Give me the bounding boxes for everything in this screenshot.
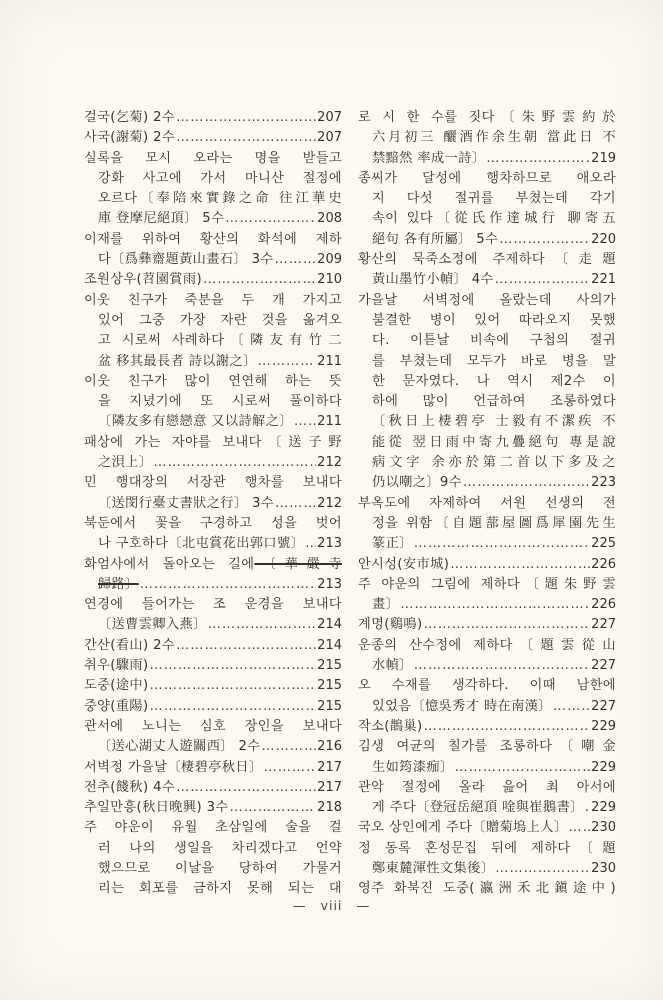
toc-entry: 이웃 친구가 죽분을 두 개 가지고있어 그중 가장 자란 것을 옮겨오고 시로…	[84, 291, 342, 372]
toc-line: 종씨가 달성에 행차하므로 애오라	[358, 169, 616, 189]
page-ref: 223	[591, 473, 616, 493]
toc-line-text: 취우(驟雨)	[84, 656, 149, 676]
toc-entry: 서벽정 가을날〔棲碧亭秋日〕………………………………………………………………………	[84, 758, 342, 778]
toc-line: 〔送曹雲卿入燕〕………………………………………………………………………………………	[84, 615, 342, 635]
toc-line: 篆正〕……………………………………………………………………………………………………	[358, 534, 616, 554]
toc-line-text: 걸국(乞菊) 2수	[84, 108, 175, 128]
toc-line-text: 歸路〕	[98, 575, 139, 595]
dot-leader: ……………………………………………………………………………………………………………	[150, 676, 317, 696]
dot-leader: ……………………………………………………………………………………………………………	[153, 453, 316, 473]
page-ref: 208	[317, 209, 342, 229]
toc-line-text: 속이 있다〔從氏作達城行 聊寄五	[372, 211, 616, 226]
toc-entry: 이재를 위하여 황산의 화석에 제하다〔爲彝齋題黃山畫石〕 3수………………………	[84, 230, 342, 271]
dot-leader: ……………………………………………………………………………………………………………	[486, 149, 590, 169]
toc-line-text: 를 부쳤는데 모두가 바로 병을 말	[372, 354, 616, 369]
toc-line: 했으므로 이날을 당하여 가물거	[84, 859, 342, 879]
toc-line: 나 구호하다〔北屯賞花出郭口號〕…………………………………………………………………	[84, 534, 342, 554]
toc-entry: 중양(重陽)……………………………………………………………………………………………	[84, 697, 342, 717]
dot-leader: ……………………………………………………………………………………………………………	[208, 615, 316, 635]
toc-line-text: 황산의 묵죽소정에 주제하다〔走題	[358, 252, 616, 267]
toc-entry: 종씨가 달성에 행차하므로 애오라지 다섯 절귀를 부쳤는데 각기속이 있다〔從…	[358, 169, 616, 250]
toc-line-text: 篆正〕	[372, 534, 413, 554]
toc-line: 絕句 各有所屬〕 5수………………………………………………………………………………	[358, 230, 616, 250]
toc-entry: 영주 화북진 도중(瀛洲禾北鎭途中)	[358, 879, 616, 899]
toc-line: 仍以嘲之〕9수…………………………………………………………………………………………	[358, 473, 616, 493]
toc-line: 〔送閔行臺丈書狀之行〕 3수………………………………………………………………………	[84, 494, 342, 514]
toc-line-text: 鄭東麓渾性文集後〕	[372, 859, 494, 879]
page-ref: 229	[591, 717, 616, 737]
toc-line-text: 정 동록 혼성문집 뒤에 제하다〔題	[358, 841, 616, 856]
toc-line: 오르다〔奉陪來實錄之命 往江華史	[84, 189, 342, 209]
page-ref: 213	[317, 575, 342, 595]
toc-line-text: 했으므로 이날을 당하여 가물거	[98, 861, 342, 876]
page-ref: 211	[317, 352, 342, 372]
toc-entry: 연경에 들어가는 조 운경을 보내다〔送曹雲卿入燕〕………………………………………	[84, 595, 342, 636]
toc-text-segment: 화엄사에서 돌아오는 길에	[84, 557, 254, 572]
dot-leader: ……………………………………………………………………………………………………………	[568, 818, 590, 838]
toc-line: 고 시로써 사례하다〔隣友有竹二	[84, 331, 342, 351]
page-ref: 213	[317, 534, 342, 554]
toc-line: 鄭東麓渾性文集後〕……………………………………………………………………………………	[358, 859, 616, 879]
toc-line-text: 〔送曹雲卿入燕〕	[98, 615, 207, 635]
dot-leader: ……………………………………………………………………………………………………………	[495, 859, 590, 879]
toc-line: 운종의 산수정에 제하다〔題雲從山	[358, 636, 616, 656]
toc-line: 있었음〔憶吳秀才 時在南漢〕………………………………………………………………………	[358, 697, 616, 717]
toc-line: 을 지녔기에 또 시로써 풀이하다	[84, 392, 342, 412]
toc-entry: 실록을 모시 오라는 명을 받들고강화 사고에 가서 마니산 절정에오르다〔奉陪…	[84, 149, 342, 230]
toc-line: 다. 이튿날 비속에 구첩의 절귀	[358, 331, 616, 351]
page-ref: 209	[317, 250, 342, 270]
toc-line-text: 오 수재를 생각하다. 이때 남한에	[358, 678, 616, 693]
toc-entry: 간산(看山) 2수……………………………………………………………………………………	[84, 636, 342, 656]
toc-line-text: 북둔에서 꽃을 구경하고 성을 벗어	[84, 516, 342, 531]
page-ref: 210	[317, 270, 342, 290]
dot-leader: ……………………………………………………………………………………………………………	[150, 697, 317, 717]
toc-line: 속이 있다〔從氏作達城行 聊寄五	[358, 209, 616, 229]
toc-line: 도중(途中)……………………………………………………………………………………………	[84, 676, 342, 696]
dot-leader: ……………………………………………………………………………………………………………	[203, 270, 316, 290]
toc-line: 실록을 모시 오라는 명을 받들고	[84, 149, 342, 169]
toc-line-text: 나 구호하다〔北屯賞花出郭口號〕	[98, 534, 304, 554]
toc-line-text: 絕句 各有所屬〕 5수	[372, 230, 498, 250]
page-ref: 227	[591, 615, 616, 635]
toc-entry: 계명(鷄鳴)……………………………………………………………………………………………	[358, 615, 616, 635]
toc-entry: 사국(謝菊) 2수……………………………………………………………………………………	[84, 128, 342, 148]
toc-line-text: 病文字 余亦於第二首以下多及之	[372, 455, 616, 470]
page-ref: 207	[317, 108, 342, 128]
toc-line: 六月初三 釃酒作余生朝 當此日 不	[358, 128, 616, 148]
toc-line: 국오 상인에게 주다〔贈菊塢上人〕………………………………………………………………	[358, 818, 616, 838]
toc-line: 정을 위함〔自題蔀屋圖爲犀園先生	[358, 514, 616, 534]
toc-line-text: 조원상우(苕園賞雨)	[84, 270, 202, 290]
page-ref: 230	[591, 859, 616, 879]
toc-line: 있어 그중 가장 자란 것을 옮겨오	[84, 311, 342, 331]
toc-line: 주 야운이 유월 초삼일에 술을 걸	[84, 818, 342, 838]
toc-line-text: 가을날 서벽정에 올랐는데 사의가	[358, 293, 616, 308]
toc-line-text: 리는 회포를 금하지 못해 되는 대	[98, 881, 342, 896]
toc-line-text: 을 지녔기에 또 시로써 풀이하다	[98, 394, 342, 409]
dot-leader: ……………………………………………………………………………………………………………	[275, 494, 316, 514]
toc-line: 서벽정 가을날〔棲碧亭秋日〕………………………………………………………………………	[84, 758, 342, 778]
footer-dash-left: —	[293, 899, 307, 914]
toc-line: 영주 화북진 도중(瀛洲禾北鎭途中)	[358, 879, 616, 899]
toc-line: 안시성(安市城)………………………………………………………………………………………	[358, 555, 616, 575]
dot-leader: ……………………………………………………………………………………………………………	[225, 209, 316, 229]
toc-line: 패상에 가는 자야를 보내다〔送子野	[84, 433, 342, 453]
toc-line: 다〔爲彝齋題黃山畫石〕 3수………………………………………………………………………	[84, 250, 342, 270]
toc-line: 김생 여균의 칠가를 조롱하다〔嘲金	[358, 737, 616, 757]
toc-column-left: 걸국(乞菊) 2수……………………………………………………………………………………	[84, 108, 342, 900]
page-ref: 211	[317, 412, 342, 432]
dot-leader: ……………………………………………………………………………………………………………	[176, 636, 316, 656]
dot-leader: ……………………………………………………………………………………………………………	[275, 250, 317, 270]
page-ref: 215	[317, 676, 342, 696]
dot-leader: ……………………………………………………………………………………………………………	[264, 758, 317, 778]
toc-line: 걸국(乞菊) 2수……………………………………………………………………………………	[84, 108, 342, 128]
toc-line: 전추(餞秋) 4수……………………………………………………………………………………	[84, 778, 342, 798]
toc-line: 관악 절정에 올라 읊어 최 아서에	[358, 778, 616, 798]
toc-line: 지 다섯 절귀를 부쳤는데 각기	[358, 189, 616, 209]
toc-line-text: 六月初三 釃酒作余生朝 當此日 不	[372, 130, 616, 145]
dot-leader: ……………………………………………………………………………………………………………	[585, 798, 591, 818]
toc-line-text: 오르다〔奉陪來實錄之命 往江華史	[98, 191, 342, 206]
toc-line-text: 로 시 한 수를 짓다〔朱野雲約於	[358, 110, 616, 125]
toc-line: 이재를 위하여 황산의 화석에 제하	[84, 230, 342, 250]
toc-line-text: 고 시로써 사례하다〔隣友有竹二	[98, 333, 342, 348]
toc-line: 盆 移其最長者 詩以謝之〕…………………………………………………………………………	[84, 352, 342, 372]
toc-entry: 오 수재를 생각하다. 이때 남한에있었음〔憶吳秀才 時在南漢〕………………………	[358, 676, 616, 717]
toc-entry: 로 시 한 수를 짓다〔朱野雲約於六月初三 釃酒作余生朝 當此日 不禁黯然 率成…	[358, 108, 616, 169]
toc-line-text: 이웃 친구가 많이 연연해 하는 뜻	[84, 374, 342, 389]
dot-leader: ……………………………………………………………………………………………………………	[261, 737, 316, 757]
toc-line: 리는 회포를 금하지 못해 되는 대	[84, 879, 342, 899]
toc-line-text: 국오 상인에게 주다〔贈菊塢上人〕	[358, 818, 567, 838]
page-ref: 226	[591, 595, 616, 615]
toc-entry: 이웃 친구가 많이 연연해 하는 뜻을 지녔기에 또 시로써 풀이하다〔隣友多有…	[84, 372, 342, 433]
toc-entry: 부옥도에 자제하여 서원 선생의 전정을 위함〔自題蔀屋圖爲犀園先生篆正〕…………	[358, 494, 616, 555]
toc-line: 를 부쳤는데 모두가 바로 병을 말	[358, 352, 616, 372]
toc-line-text: 불결한 병이 있어 따라오지 못했	[372, 313, 616, 328]
toc-line-text: 〔送閔行臺丈書狀之行〕 3수	[98, 494, 274, 514]
toc-line-text: 다〔爲彝齋題黃山畫石〕 3수	[98, 250, 274, 270]
page-ref: 216	[317, 737, 342, 757]
toc-line-text: 다. 이튿날 비속에 구첩의 절귀	[372, 333, 616, 348]
toc-entry: 주 야운의 그림에 제하다〔題朱野雲畫〕………………………………………………………	[358, 575, 616, 616]
toc-line: 추일만흥(秋日晚興) 3수…………………………………………………………………………	[84, 798, 342, 818]
toc-line-text: 간산(看山) 2수	[84, 636, 175, 656]
page-ref: 221	[591, 270, 616, 290]
page-ref: 207	[317, 128, 342, 148]
toc-entry: 정 동록 혼성문집 뒤에 제하다〔題鄭東麓渾性文集後〕……………………………………	[358, 839, 616, 880]
toc-line-text: 전추(餞秋) 4수	[84, 778, 175, 798]
toc-line: 불결한 병이 있어 따라오지 못했	[358, 311, 616, 331]
toc-entry: 도중(途中)……………………………………………………………………………………………	[84, 676, 342, 696]
toc-line-text: 庫 登摩尼絕頂〕 5수	[98, 209, 224, 229]
dot-leader: ……………………………………………………………………………………………………………	[463, 473, 590, 493]
toc-entry: 전추(餞秋) 4수……………………………………………………………………………………	[84, 778, 342, 798]
dot-leader: ……………………………………………………………………………………………………………	[424, 615, 591, 635]
toc-line: 이웃 친구가 많이 연연해 하는 뜻	[84, 372, 342, 392]
dot-leader: ……………………………………………………………………………………………………………	[294, 412, 316, 432]
struck-text: 〔華嚴寺	[254, 557, 342, 572]
toc-line-text: 하에 많이 언급하여 조롱하였다	[372, 394, 616, 409]
toc-line: 之浿上〕…………………………………………………………………………………………………	[84, 453, 342, 473]
toc-column-right: 로 시 한 수를 짓다〔朱野雲約於六月初三 釃酒作余生朝 當此日 不禁黯然 率成…	[358, 108, 616, 900]
page-ref: 217	[317, 778, 342, 798]
toc-line-text: 영주 화북진 도중(瀛洲禾北鎭途中)	[358, 881, 616, 896]
folio-number: viii	[321, 898, 343, 913]
toc-line: 관서에 노니는 심호 장인을 보내다	[84, 717, 342, 737]
toc-line-text: 之浿上〕	[98, 453, 152, 473]
toc-line: 중양(重陽)……………………………………………………………………………………………	[84, 697, 342, 717]
toc-line-text: 지 다섯 절귀를 부쳤는데 각기	[372, 191, 616, 206]
dot-leader: ……………………………………………………………………………………………………………	[140, 575, 316, 595]
dot-leader: ……………………………………………………………………………………………………………	[450, 555, 590, 575]
toc-entry: 작소(鵲巢)……………………………………………………………………………………………	[358, 717, 616, 737]
dot-leader: ……………………………………………………………………………………………………………	[176, 778, 316, 798]
toc-line: 하에 많이 언급하여 조롱하였다	[358, 392, 616, 412]
page-ref: 214	[317, 636, 342, 656]
toc-line: 黃山墨竹小幀〕 4수…………………………………………………………………………………	[358, 270, 616, 290]
toc-entry: 국오 상인에게 주다〔贈菊塢上人〕………………………………………………………………	[358, 818, 616, 838]
toc-line-text: 계명(鷄鳴)	[358, 615, 423, 635]
toc-line-text: 추일만흥(秋日晚興) 3수	[84, 798, 229, 818]
toc-entry: 민 행대장의 서장관 행차를 보내다〔送閔行臺丈書狀之行〕 3수………………………	[84, 473, 342, 514]
page-ref: 215	[317, 697, 342, 717]
toc-line: 畫〕………………………………………………………………………………………………………	[358, 595, 616, 615]
toc-line: 病文字 余亦於第二首以下多及之	[358, 453, 616, 473]
toc-entry: 안시성(安市城)………………………………………………………………………………………	[358, 555, 616, 575]
page-ref: 230	[591, 818, 616, 838]
struck-text: 歸路〕	[98, 577, 139, 592]
toc-line-text: 게 주다〔登冠岳絕頂 唫與崔鵝書〕	[372, 798, 584, 818]
toc-line-text: 러 나의 생일을 차리겠다고 언약	[98, 841, 342, 856]
toc-line: 취우(驟雨)……………………………………………………………………………………………	[84, 656, 342, 676]
toc-line-text: 이웃 친구가 죽분을 두 개 가지고	[84, 293, 342, 308]
toc-line: 오 수재를 생각하다. 이때 남한에	[358, 676, 616, 696]
toc-line-text: 정을 위함〔自題蔀屋圖爲犀園先生	[372, 516, 616, 531]
page-ref: 218	[317, 798, 342, 818]
dot-leader: ……………………………………………………………………………………………………………	[305, 534, 316, 554]
page-ref: 214	[317, 615, 342, 635]
toc-line: 로 시 한 수를 짓다〔朱野雲約於	[358, 108, 616, 128]
toc-line-text: 연경에 들어가는 조 운경을 보내다	[84, 597, 342, 612]
toc-entry: 조원상우(苕園賞雨)…………………………………………………………………………………	[84, 270, 342, 290]
toc-line: 能從 翌日雨中寄九疊絕句 專是說	[358, 433, 616, 453]
toc-line: 이웃 친구가 죽분을 두 개 가지고	[84, 291, 342, 311]
toc-line: 〔隣友多有戀戀意 又以詩解之〕……………………………………………………………………	[84, 412, 342, 432]
page-ref: 226	[591, 555, 616, 575]
dot-leader: ……………………………………………………………………………………………………………	[414, 656, 590, 676]
toc-line-text: 禁黯然 率成一詩〕	[372, 149, 485, 169]
dot-leader: ……………………………………………………………………………………………………………	[414, 534, 590, 554]
page-ref: 229	[591, 798, 616, 818]
toc-line-text: 〔秋日上棲碧亭 士毅有不潔疾 不	[372, 414, 616, 429]
toc-entry: 추일만흥(秋日晚興) 3수…………………………………………………………………………	[84, 798, 342, 818]
toc-line-text: 실록을 모시 오라는 명을 받들고	[84, 151, 342, 166]
toc-line-text: 관서에 노니는 심호 장인을 보내다	[84, 719, 342, 734]
toc-line: 사국(謝菊) 2수……………………………………………………………………………………	[84, 128, 342, 148]
toc-line-text: 관악 절정에 올라 읊어 최 아서에	[358, 780, 616, 795]
dot-leader: ……………………………………………………………………………………………………………	[258, 352, 317, 372]
toc-line-text: 水幀〕	[372, 656, 413, 676]
toc-entry: 화엄사에서 돌아오는 길에〔華嚴寺歸路〕………………………………………………………	[84, 555, 342, 596]
dot-leader: ……………………………………………………………………………………………………………	[455, 758, 591, 778]
toc-line: 生如筠漆痂〕……………………………………………………………………………………………	[358, 758, 616, 778]
dot-leader: ……………………………………………………………………………………………………………	[150, 656, 317, 676]
toc-line-text: 중양(重陽)	[84, 697, 149, 717]
page-ref: 227	[591, 656, 616, 676]
page-footer: —viii—	[0, 898, 663, 914]
page-ref: 225	[591, 534, 616, 554]
toc-line-text: 사국(謝菊) 2수	[84, 128, 175, 148]
toc-line: 강화 사고에 가서 마니산 절정에	[84, 169, 342, 189]
toc-line: 가을날 서벽정에 올랐는데 사의가	[358, 291, 616, 311]
toc-line: 화엄사에서 돌아오는 길에〔華嚴寺	[84, 555, 342, 575]
toc-line-text: 〔送心湖丈人遊關西〕 2수	[98, 737, 260, 757]
dot-leader: ……………………………………………………………………………………………………………	[553, 697, 590, 717]
dot-leader: ……………………………………………………………………………………………………………	[424, 717, 591, 737]
dot-leader: ……………………………………………………………………………………………………………	[176, 128, 316, 148]
toc-line: 민 행대장의 서장관 행차를 보내다	[84, 473, 342, 493]
toc-entry: 황산의 묵죽소정에 주제하다〔走題黃山墨竹小幀〕 4수……………………………………	[358, 250, 616, 291]
toc-line: 庫 登摩尼絕頂〕 5수………………………………………………………………………………	[84, 209, 342, 229]
toc-entry: 주 야운이 유월 초삼일에 술을 걸러 나의 생일을 차리겠다고 언약했으므로 …	[84, 818, 342, 899]
dot-leader: ……………………………………………………………………………………………………………	[499, 230, 590, 250]
toc-line-text: 生如筠漆痂〕	[372, 758, 454, 778]
toc-line-text: 도중(途中)	[84, 676, 149, 696]
toc-line-text: 종씨가 달성에 행차하므로 애오라	[358, 171, 616, 186]
toc-line-text: 안시성(安市城)	[358, 555, 449, 575]
page-ref: 229	[591, 758, 616, 778]
toc-line-text: 畫〕	[372, 595, 399, 615]
toc-line: 황산의 묵죽소정에 주제하다〔走題	[358, 250, 616, 270]
page-ref: 212	[317, 453, 342, 473]
toc-line-text: 黃山墨竹小幀〕 4수	[372, 270, 494, 290]
toc-line-text: 能從 翌日雨中寄九疊絕句 專是說	[372, 435, 616, 450]
toc-line-text: 있었음〔憶吳秀才 時在南漢〕	[372, 697, 552, 717]
toc-line-text: 〔隣友多有戀戀意 又以詩解之〕	[98, 412, 293, 432]
toc-line-text: 주 야운의 그림에 제하다〔題朱野雲	[358, 577, 616, 592]
toc-line-text: 강화 사고에 가서 마니산 절정에	[98, 171, 342, 186]
toc-line: 부옥도에 자제하여 서원 선생의 전	[358, 494, 616, 514]
toc-entry: 운종의 산수정에 제하다〔題雲從山水幀〕………………………………………………………	[358, 636, 616, 677]
page-ref: 217	[317, 758, 342, 778]
toc-line: 조원상우(苕園賞雨)…………………………………………………………………………………	[84, 270, 342, 290]
toc-line: 〔送心湖丈人遊關西〕 2수…………………………………………………………………………	[84, 737, 342, 757]
book-page: 걸국(乞菊) 2수……………………………………………………………………………………	[0, 0, 663, 1000]
toc-line-text: 주 야운이 유월 초삼일에 술을 걸	[84, 820, 342, 835]
toc-entry: 패상에 가는 자야를 보내다〔送子野之浿上〕…………………………………………………	[84, 433, 342, 474]
toc-line: 〔秋日上棲碧亭 士毅有不潔疾 不	[358, 412, 616, 432]
toc-line: 러 나의 생일을 차리겠다고 언약	[84, 839, 342, 859]
page-ref: 227	[591, 697, 616, 717]
toc-line: 歸路〕……………………………………………………………………………………………………	[84, 575, 342, 595]
toc-line-text: 운종의 산수정에 제하다〔題雲從山	[358, 638, 616, 653]
toc-line: 주 야운의 그림에 제하다〔題朱野雲	[358, 575, 616, 595]
toc-line: 간산(看山) 2수……………………………………………………………………………………	[84, 636, 342, 656]
toc-line-text: 있어 그중 가장 자란 것을 옮겨오	[98, 313, 342, 328]
toc-line: 계명(鷄鳴)……………………………………………………………………………………………	[358, 615, 616, 635]
toc-line-text: 부옥도에 자제하여 서원 선생의 전	[358, 496, 616, 511]
dot-leader: ……………………………………………………………………………………………………………	[230, 798, 317, 818]
page-ref: 219	[591, 149, 616, 169]
page-ref: 212	[317, 494, 342, 514]
toc-line-text: 이재를 위하여 황산의 화석에 제하	[84, 232, 342, 247]
dot-leader: ……………………………………………………………………………………………………………	[176, 108, 316, 128]
toc-line: 水幀〕……………………………………………………………………………………………………	[358, 656, 616, 676]
page-ref: 215	[317, 656, 342, 676]
toc-line: 북둔에서 꽃을 구경하고 성을 벗어	[84, 514, 342, 534]
toc-entry: 관서에 노니는 심호 장인을 보내다〔送心湖丈人遊關西〕 2수…………………………	[84, 717, 342, 758]
toc-line-text: 작소(鵲巢)	[358, 717, 423, 737]
toc-line: 작소(鵲巢)……………………………………………………………………………………………	[358, 717, 616, 737]
toc: 걸국(乞菊) 2수……………………………………………………………………………………	[84, 108, 616, 900]
toc-entry: 관악 절정에 올라 읊어 최 아서에게 주다〔登冠岳絕頂 唫與崔鵝書〕………………	[358, 778, 616, 819]
toc-entry: 김생 여균의 칠가를 조롱하다〔嘲金生如筠漆痂〕……………………………………………	[358, 737, 616, 778]
toc-line-text: 서벽정 가을날〔棲碧亭秋日〕	[84, 758, 263, 778]
page-ref: 220	[591, 230, 616, 250]
toc-entry: 북둔에서 꽃을 구경하고 성을 벗어나 구호하다〔北屯賞花出郭口號〕…………………	[84, 514, 342, 555]
toc-line: 정 동록 혼성문집 뒤에 제하다〔題	[358, 839, 616, 859]
footer-dash-right: —	[356, 899, 370, 914]
toc-line: 연경에 들어가는 조 운경을 보내다	[84, 595, 342, 615]
dot-leader: ……………………………………………………………………………………………………………	[400, 595, 590, 615]
toc-line-text: 仍以嘲之〕9수	[372, 473, 462, 493]
toc-entry: 걸국(乞菊) 2수……………………………………………………………………………………	[84, 108, 342, 128]
toc-line: 게 주다〔登冠岳絕頂 唫與崔鵝書〕………………………………………………………………	[358, 798, 616, 818]
dot-leader: ……………………………………………………………………………………………………………	[495, 270, 591, 290]
toc-entry: 취우(驟雨)……………………………………………………………………………………………	[84, 656, 342, 676]
toc-entry: 가을날 서벽정에 올랐는데 사의가불결한 병이 있어 따라오지 못했다. 이튿날…	[358, 291, 616, 494]
toc-line-text: 민 행대장의 서장관 행차를 보내다	[84, 475, 342, 490]
toc-line-text: 김생 여균의 칠가를 조롱하다〔嘲金	[358, 739, 616, 754]
toc-line: 禁黯然 率成一詩〕……………………………………………………………………………………	[358, 149, 616, 169]
toc-line: 한 문자였다. 나 역시 제2수 이	[358, 372, 616, 392]
toc-line-text: 화엄사에서 돌아오는 길에〔華嚴寺	[84, 557, 342, 572]
toc-line-text: 盆 移其最長者 詩以謝之〕	[98, 352, 257, 372]
toc-line-text: 패상에 가는 자야를 보내다〔送子野	[84, 435, 342, 450]
toc-line-text: 한 문자였다. 나 역시 제2수 이	[372, 374, 616, 389]
